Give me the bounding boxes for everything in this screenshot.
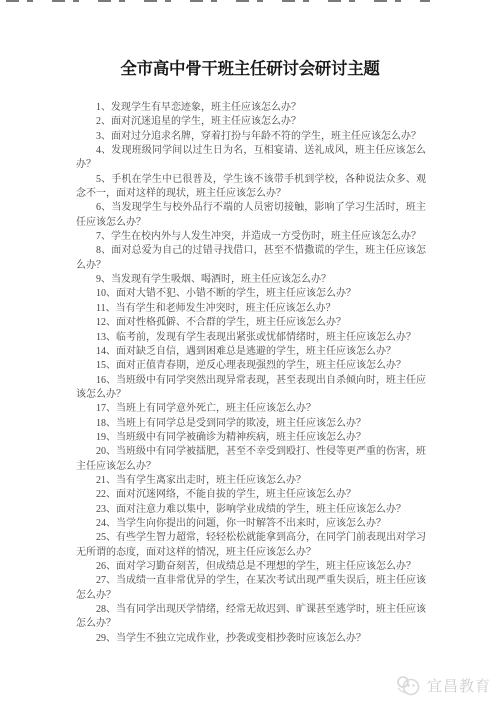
topic-item: 28、当有同学出现厌学情绪，经常无故迟到、旷课甚至逃学时，班主任应该怎么办？ bbox=[76, 603, 426, 632]
topic-item: 17、当班上有同学意外死亡，班主任应该怎么办？ bbox=[76, 402, 426, 416]
topic-item: 24、当学生向你提出的问题，你一时解答不出来时，应该怎么办？ bbox=[76, 517, 426, 531]
topic-item: 15、面对正值青春期，逆反心理表现强烈的学生，班主任应该怎么办？ bbox=[76, 359, 426, 373]
topic-item: 14、面对缺乏自信，遇到困难总是逃避的学生，班主任应该怎么办？ bbox=[76, 345, 426, 359]
topic-item: 23、面对注意力难以集中，影响学业成绩的学生，班主任应该怎么办？ bbox=[76, 503, 426, 517]
topic-item: 20、当班级中有同学被擂肥，甚至不幸受到殴打、性侵等更严重的伤害，班主任应该怎么… bbox=[76, 445, 426, 474]
topic-item: 25、有些学生智力超常，轻轻松松就能拿到高分，在同学门前表现出对学习无所谓的态度… bbox=[76, 531, 426, 560]
topic-item: 3、面对过分追求名牌，穿着打扮与年龄不符的学生，班主任应该怎么办？ bbox=[76, 130, 426, 144]
document-title: 全市高中骨干班主任研讨会研讨主题 bbox=[0, 0, 500, 82]
topic-item: 21、当有学生离家出走时，班主任应该怎么办？ bbox=[76, 474, 426, 488]
topic-list: 1、发现学生有早恋迹象，班主任应该怎么办？2、面对沉迷追星的学生，班主任应该怎么… bbox=[76, 101, 426, 646]
topic-item: 22、面对沉迷网络，不能自拔的学生，班主任应该怎么办？ bbox=[76, 488, 426, 502]
topic-item: 1、发现学生有早恋迹象，班主任应该怎么办？ bbox=[76, 101, 426, 115]
topic-item: 12、面对性格孤僻、不合群的学生，班主任应该怎么办？ bbox=[76, 316, 426, 330]
topic-item: 8、面对总爱为自己的过错寻找借口，甚至不惜撒谎的学生，班主任应该怎么办？ bbox=[76, 244, 426, 273]
topic-item: 13、临考前，发现有学生表现出紧张或忧郁情绪时，班主任应该怎么办？ bbox=[76, 331, 426, 345]
topic-item: 18、当班上有同学总是受到同学的欺凌，班主任应该怎么办？ bbox=[76, 417, 426, 431]
yichang-education-logo-icon bbox=[395, 674, 422, 696]
topic-item: 29、当学生不独立完成作业，抄袭或变相抄袭时应该怎么办？ bbox=[76, 632, 426, 646]
topic-item: 5、手机在学生中已很普及，学生该不该带手机到学校，各种说法众多、观念不一，面对这… bbox=[76, 173, 426, 202]
cropped-text-artifact bbox=[6, 0, 430, 2]
topic-item: 19、当班级中有同学被确诊为精神疾病，班主任应该怎么办？ bbox=[76, 431, 426, 445]
topic-item: 16、当班级中有同学突然出现异常表现，甚至表现出自杀倾向时，班主任应该怎么办？ bbox=[76, 374, 426, 403]
topic-item: 9、当发现有学生吸烟、喝酒时，班主任应该怎么办？ bbox=[76, 273, 426, 287]
topic-item: 6、当发现学生与校外品行不端的人员密切接触，影响了学习生活时，班主任应该怎么办？ bbox=[76, 201, 426, 230]
topic-item: 7、学生在校内外与人发生冲突，并造成一方受伤时，班主任应该怎么办？ bbox=[76, 230, 426, 244]
topic-item: 2、面对沉迷追星的学生，班主任应该怎么办？ bbox=[76, 115, 426, 129]
topic-item: 11、当有学生和老师发生冲突时，班主任应该怎么办？ bbox=[76, 302, 426, 316]
topic-item: 27、当成绩一直非常优异的学生，在某次考试出现严重失误后，班主任应该怎么办？ bbox=[76, 574, 426, 603]
topic-item: 10、面对大错不犯、小错不断的学生，班主任应该怎么办？ bbox=[76, 287, 426, 301]
document-page: 全市高中骨干班主任研讨会研讨主题 1、发现学生有早恋迹象，班主任应该怎么办？2、… bbox=[0, 0, 500, 707]
topic-item: 4、发现班级同学间以过生日为名，互相宴请、送礼成风，班主任应该怎么办？ bbox=[76, 144, 426, 173]
watermark: 宜昌教育 bbox=[395, 674, 491, 696]
watermark-label: 宜昌教育 bbox=[427, 675, 491, 696]
topic-item: 26、面对学习勤奋刻苦，但成绩总是不理想的学生，班主任应该怎么办？ bbox=[76, 560, 426, 574]
